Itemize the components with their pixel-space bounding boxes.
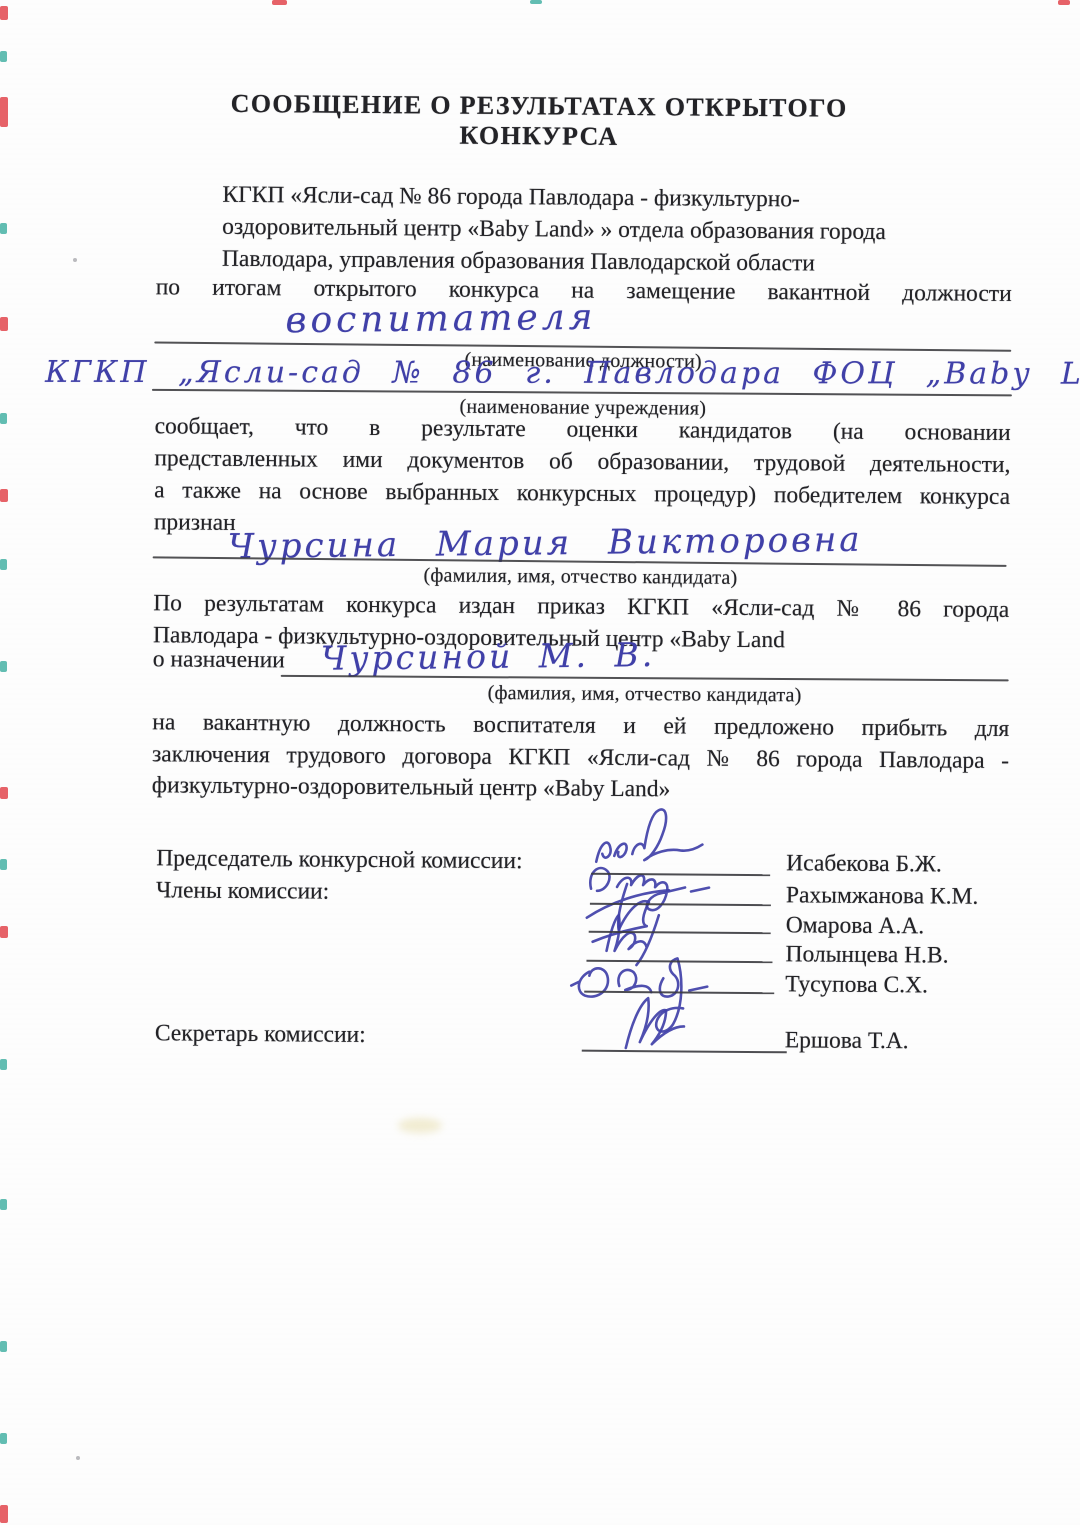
signer-name: Тусупова С.Х.: [785, 971, 928, 999]
scan-artifact-mark: [1058, 0, 1070, 5]
signer-name: Рахымжанова К.М.: [786, 882, 979, 911]
members-role-label: Члены комиссии:: [156, 877, 329, 905]
document-title: СООБЩЕНИЕ О РЕЗУЛЬТАТАХ ОТКРЫТОГО КОНКУР…: [154, 88, 924, 154]
signer-name: Ершова Т.А.: [785, 1027, 909, 1055]
contract-paragraph: на вакантную должность воспитателя и ей …: [152, 707, 1010, 808]
chair-role-label: Председатель конкурсной комиссии:: [156, 845, 522, 875]
handwritten-institution-value: КГКП „Ясли-сад № 86 г. Павлодара ФОЦ „Ba…: [45, 355, 1080, 392]
signer-name: Омарова А.А.: [786, 912, 925, 940]
secretary-role-label: Секретарь комиссии:: [155, 1020, 366, 1049]
intro-paragraph: КГКП «Ясли-сад № 86 города Павлодара - ф…: [222, 179, 979, 281]
handwritten-appointee-name: Чурсиной М. В.: [321, 635, 656, 678]
paragraph-line: а также на основе выбранных конкурсных п…: [154, 474, 1010, 513]
document-content: СООБЩЕНИЕ О РЕЗУЛЬТАТАХ ОТКРЫТОГО КОНКУР…: [0, 0, 1080, 1525]
handwritten-position-value: воспитателя: [285, 297, 596, 342]
appointment-label: о назначении: [153, 646, 285, 674]
signer-name: Полынцева Н.В.: [785, 941, 948, 969]
signer-name: Исабекова Б.Ж.: [786, 850, 942, 878]
field-caption-appointee: (фамилия, имя, отчество кандидата): [280, 680, 1008, 709]
handwritten-signature: [610, 976, 721, 1057]
scanned-document-page: СООБЩЕНИЕ О РЕЗУЛЬТАТАХ ОТКРЫТОГО КОНКУР…: [0, 0, 1080, 1525]
